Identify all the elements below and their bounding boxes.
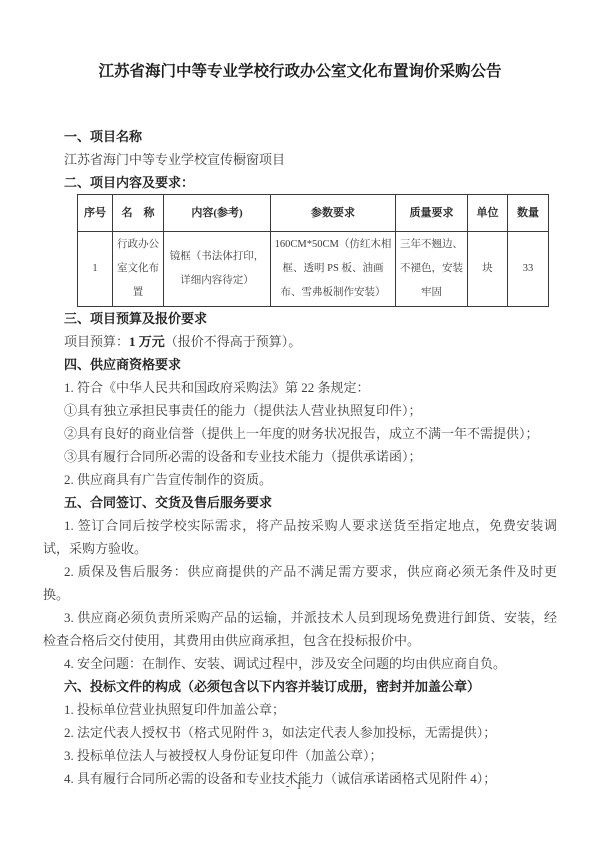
document-body: 一、项目名称 江苏省海门中等专业学校宣传橱窗项目 二、项目内容及要求： 序号 名…: [43, 125, 557, 790]
table-header-qty: 数量: [508, 195, 549, 232]
section-4-heading: 四、供应商资格要求: [43, 353, 557, 376]
budget-prefix: 项目预算：: [64, 334, 129, 349]
cell-content: 镜框（书法体打印，详细内容待定）: [164, 232, 271, 307]
section-3-heading: 三、项目预算及报价要求: [43, 307, 557, 330]
cell-quality: 三年不翘边、不褪色，安装牢固: [396, 232, 468, 307]
cell-seq: 1: [78, 232, 113, 307]
section-1-body: 江苏省海门中等专业学校宣传橱窗项目: [43, 148, 557, 171]
table-header-seq: 序号: [78, 195, 113, 232]
budget-suffix: （报价不得高于预算）。: [165, 334, 302, 349]
table-header-params: 参数要求: [271, 195, 396, 232]
table-header-quality: 质量要求: [396, 195, 468, 232]
page-number: - 1 -: [0, 780, 600, 792]
section-2-heading: 二、项目内容及要求：: [43, 171, 557, 194]
cell-qty: 33: [508, 232, 549, 307]
section-5-item: 4. 安全问题：在制作、安装、调试过程中，涉及安全问题的均由供应商自负。: [43, 652, 557, 675]
section-1-heading: 一、项目名称: [43, 125, 557, 148]
table-header-content: 内容(参考): [164, 195, 271, 232]
cell-unit: 块: [468, 232, 508, 307]
items-table: 序号 名 称 内容(参考) 参数要求 质量要求 单位 数量 1 行政办公室文化布…: [77, 194, 549, 307]
section-5-item: 1. 签订合同后按学校实际需求，将产品按采购人要求送货至指定地点，免费安装调试，…: [43, 514, 557, 560]
section-4-item: 2. 供应商具有广告宣传制作的资质。: [43, 468, 557, 491]
table-header-row: 序号 名 称 内容(参考) 参数要求 质量要求 单位 数量: [78, 195, 549, 232]
section-5-heading: 五、合同签订、交货及售后服务要求: [43, 491, 557, 514]
section-4-item: ②具有良好的商业信誉（提供上一年度的财务状况报告，成立不满一年不需提供）；: [43, 422, 557, 445]
document-title: 江苏省海门中等专业学校行政办公室文化布置询价采购公告: [0, 0, 600, 84]
cell-params: 160CM*50CM（仿红木相框、透明 PS 板、油画布、雪弗板制作安装）: [271, 232, 396, 307]
section-5-item: 3. 供应商必须负责所采购产品的运输，并派技术人员到现场免费进行卸货、安装，经检…: [43, 606, 557, 652]
budget-line: 项目预算：1 万元（报价不得高于预算）。: [43, 330, 557, 353]
budget-amount: 1 万元: [129, 334, 165, 349]
cell-name: 行政办公室文化布置: [113, 232, 164, 307]
table-row: 1 行政办公室文化布置 镜框（书法体打印，详细内容待定） 160CM*50CM（…: [78, 232, 549, 307]
section-4-item: 1. 符合《中华人民共和国政府采购法》第 22 条规定：: [43, 376, 557, 399]
section-6-heading: 六、投标文件的构成（必须包含以下内容并装订成册，密封并加盖公章）: [43, 675, 557, 698]
table-header-name: 名 称: [113, 195, 164, 232]
section-5-item: 2. 质保及售后服务：供应商提供的产品不满足需方要求，供应商必须无条件及时更换。: [43, 560, 557, 606]
table-header-unit: 单位: [468, 195, 508, 232]
section-6-item: 3. 投标单位法人与被授权人身份证复印件（加盖公章）；: [43, 744, 557, 767]
section-4-item: ③具有履行合同所必需的设备和专业技术能力（提供承诺函）；: [43, 445, 557, 468]
section-4-item: ①具有独立承担民事责任的能力（提供法人营业执照复印件）；: [43, 399, 557, 422]
section-6-item: 1. 投标单位营业执照复印件加盖公章；: [43, 698, 557, 721]
document-page: 江苏省海门中等专业学校行政办公室文化布置询价采购公告 一、项目名称 江苏省海门中…: [0, 0, 600, 848]
section-6-item: 2. 法定代表人授权书（格式见附件 3，如法定代表人参加投标，无需提供）；: [43, 721, 557, 744]
